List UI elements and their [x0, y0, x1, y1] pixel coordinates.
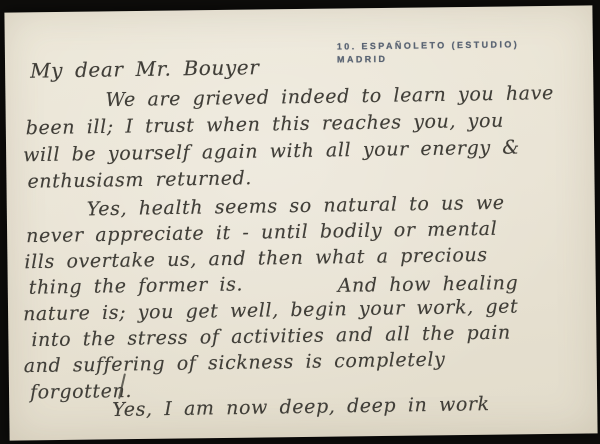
letter-line: ills overtake us, and then what a precio… [24, 244, 488, 273]
salutation-line: My dear Mr. Bouyer [30, 55, 260, 83]
letterhead: 10. ESPAÑOLETO (ESTUDIO) MADRID [337, 38, 520, 66]
scan-background: 10. ESPAÑOLETO (ESTUDIO) MADRID My dear … [0, 0, 600, 444]
letter-line: nature is; you get well, begin your work… [23, 295, 519, 325]
letter-line: been ill; I trust when this reaches you,… [26, 110, 504, 140]
letterhead-address: 10. ESPAÑOLETO (ESTUDIO) [337, 38, 519, 53]
letter-line: into the stress of activities and all th… [31, 322, 511, 352]
letter-line: enthusiasm returned. [27, 167, 252, 193]
letter-line: Yes, health seems so natural to us we [87, 192, 505, 221]
letter-line: will be yourself again with all your ene… [23, 136, 520, 166]
letter-line: Yes, I am now deep, deep in work [112, 393, 490, 421]
letter-line: We are grieved indeed to learn you have [105, 82, 554, 111]
letterhead-city: MADRID [337, 51, 519, 66]
letter-line: never appreciate it - until bodily or me… [26, 218, 498, 247]
letter-paper: 10. ESPAÑOLETO (ESTUDIO) MADRID My dear … [4, 5, 597, 440]
letter-line: and suffering of sickness is completely [24, 349, 446, 378]
letter-line: And how healing [338, 272, 519, 297]
letter-line: thing the former is. [29, 273, 244, 298]
